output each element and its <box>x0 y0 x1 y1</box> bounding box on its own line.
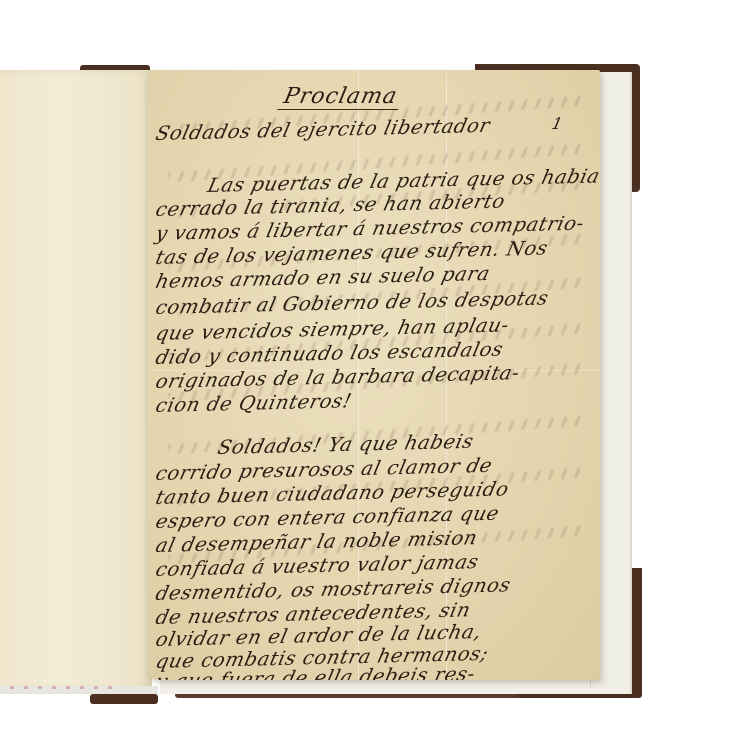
left-endpaper <box>0 70 152 690</box>
text-line: Soldados del ejercito libertador <box>153 111 600 146</box>
leather-cover-edge <box>90 694 158 704</box>
handwritten-text: Proclama 1 Soldados del ejercito liberta… <box>148 70 600 680</box>
photo-scene: Proclama 1 Soldados del ejercito liberta… <box>0 0 756 756</box>
manuscript-page: Proclama 1 Soldados del ejercito liberta… <box>148 70 600 680</box>
manuscript-title: Proclama <box>277 84 404 110</box>
edge-stamp-marks <box>10 686 120 689</box>
